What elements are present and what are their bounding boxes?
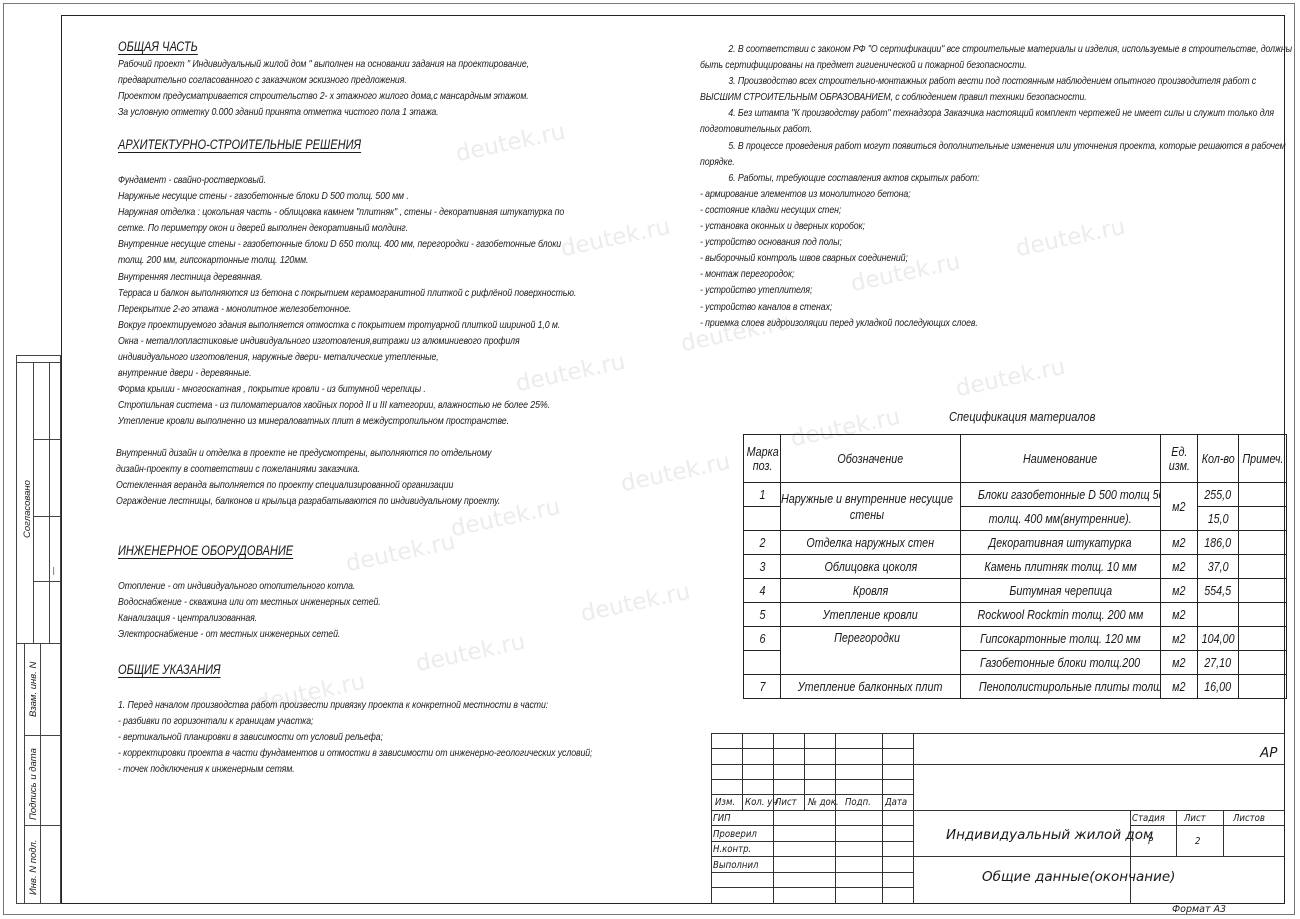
replaced-inv-label: Взам. инв. N <box>28 662 39 717</box>
text-line: Ограждение лестницы, балконов и крыльца … <box>116 494 500 510</box>
cell-note <box>1239 603 1287 627</box>
text-line: Внутренний дизайн и отделка в проекте не… <box>116 446 500 462</box>
cell-mark: 6 <box>744 627 781 651</box>
col-qty: Кол-во <box>1198 435 1239 483</box>
text-line: - устройство основания под полы; <box>700 235 1292 251</box>
text-line: Перекрытие 2-го этажа - монолитное желез… <box>118 302 576 318</box>
cell-mark: 2 <box>744 531 781 555</box>
general-text: Рабочий проект " Индивидуальный жилой до… <box>118 57 529 121</box>
spec-title: Спецификация материалов <box>949 409 1095 424</box>
cell-designation: Утепление балконных плит <box>781 675 961 699</box>
instructions-text: 1. Перед началом производства работ прои… <box>118 698 592 778</box>
cell-qty: 15,0 <box>1198 507 1239 531</box>
heading-instructions: ОБЩИЕ УКАЗАНИЯ <box>118 662 221 677</box>
text-line: Отопление - от индивидуального отопитель… <box>118 579 381 595</box>
binding-strip: Согласовано — Взам. инв. N Подпись и дат… <box>16 355 61 904</box>
spec-header-row: Маркапоз. Обозначение Наименование Ед.из… <box>744 435 1287 483</box>
text-line: внутренние двери - деревянные. <box>118 366 576 382</box>
text-line: Внутренняя лестница деревянная. <box>118 270 576 286</box>
table-row: 4КровляБитумная черепицам2554,5 <box>744 579 1287 603</box>
text-line: - точек подключения к инженерным сетям. <box>118 762 592 778</box>
cell-unit: м2 <box>1161 483 1198 531</box>
architecture-text-2: Внутренний дизайн и отделка в проекте не… <box>116 446 500 510</box>
text-line: толщ. 200 мм, гипсокартонные толщ. 120мм… <box>118 253 576 269</box>
cell-unit: м2 <box>1161 651 1198 675</box>
cell-note <box>1239 483 1287 507</box>
cell-qty: 16,00 <box>1198 675 1239 699</box>
cell-mark: 4 <box>744 579 781 603</box>
cell-qty: 104,00 <box>1198 627 1239 651</box>
text-line: Рабочий проект " Индивидуальный жилой до… <box>118 57 529 73</box>
text-line: - армирование элементов из монолитного б… <box>700 187 1292 203</box>
inv-orig-label: Инв. N подл. <box>28 839 39 895</box>
project-name: Индивидуальный жилой дом <box>946 827 1153 843</box>
role-gip: ГИП <box>713 813 731 824</box>
text-line: Наружные несущие стены - газобетонные бл… <box>118 189 576 205</box>
format-label: Формат А3 <box>1172 904 1226 915</box>
cell-unit: м2 <box>1161 627 1198 651</box>
cell-unit: м2 <box>1161 675 1198 699</box>
cell-qty: 255,0 <box>1198 483 1239 507</box>
cell-mark: 7 <box>744 675 781 699</box>
col-change: Изм. <box>715 797 735 808</box>
signature-date-label: Подпись и дата <box>28 748 39 820</box>
cell-note <box>1239 531 1287 555</box>
architecture-text: Фундамент - свайно-ростверковый.Наружные… <box>118 173 576 431</box>
cell-note <box>1239 675 1287 699</box>
text-line: 1. Перед началом производства работ прои… <box>118 698 592 714</box>
cell-note <box>1239 579 1287 603</box>
title-block: Изм. Кол. уч Лист № док. Подп. Дата ГИП … <box>711 733 1285 904</box>
sheets-label: Листов <box>1233 813 1265 824</box>
cell-qty: 186,0 <box>1198 531 1239 555</box>
cell-designation: Облицовка цоколя <box>781 555 961 579</box>
text-line: Наружная отделка : цокольная часть - обл… <box>118 205 576 221</box>
text-line: Вокруг проектируемого здания выполняется… <box>118 318 576 334</box>
text-line: - корректировки проекта в части фундамен… <box>118 746 592 762</box>
spec-table: Маркапоз. Обозначение Наименование Ед.из… <box>743 434 1287 699</box>
text-line: 5. В процессе проведения работ могут поя… <box>700 139 1292 155</box>
cell-name: Гипсокартонные толщ. 120 мм <box>961 627 1161 651</box>
cell-note <box>1239 555 1287 579</box>
role-performed: Выполнил <box>713 860 759 871</box>
table-row: 6ПерегородкиГипсокартонные толщ. 120 ммм… <box>744 627 1287 651</box>
cell-name: Блоки газобетонные D 500 толщ 500мм <box>961 483 1161 507</box>
text-line: Форма крыши - многоскатная , покрытие кр… <box>118 382 576 398</box>
cell-mark <box>744 507 781 531</box>
cell-mark <box>744 651 781 675</box>
cell-designation: Утепление кровли <box>781 603 961 627</box>
text-line: - установка оконных и дверных коробок; <box>700 219 1292 235</box>
col-count: Кол. уч <box>745 797 777 808</box>
cell-note <box>1239 507 1287 531</box>
text-line: - состояние кладки несущих стен; <box>700 203 1292 219</box>
text-line: порядке. <box>700 155 1292 171</box>
heading-engineering: ИНЖЕНЕРНОЕ ОБОРУДОВАНИЕ <box>118 543 293 558</box>
role-checked: Проверил <box>713 829 757 840</box>
cell-name: Газобетонные блоки толщ.200 <box>961 651 1161 675</box>
text-line: индивидуального изготовления, наружные д… <box>118 350 576 366</box>
text-line: Канализация - централизованная. <box>118 611 381 627</box>
text-line: подготовительных работ. <box>700 122 1292 138</box>
cell-designation: Наружные и внутренние несущие стены <box>781 483 961 531</box>
text-line: Водоснабжение - скважина или от местных … <box>118 595 381 611</box>
cell-name: Битумная черепица <box>961 579 1161 603</box>
text-line: - монтаж перегородок; <box>700 267 1292 283</box>
text-line: Терраса и балкон выполняются из бетона с… <box>118 286 576 302</box>
text-line: За условную отметку 0.000 зданий принята… <box>118 105 529 121</box>
role-norm-control: Н.контр. <box>713 844 751 855</box>
text-line: - устройство каналов в стенах; <box>700 300 1292 316</box>
cell-unit: м2 <box>1161 555 1198 579</box>
stage-label: Стадия <box>1132 813 1165 824</box>
table-row: 2Отделка наружных стенДекоративная штука… <box>744 531 1287 555</box>
text-line: предварительно согласованного с заказчик… <box>118 73 529 89</box>
cell-qty: 554,5 <box>1198 579 1239 603</box>
agreed-dash: — <box>49 567 58 575</box>
text-line: 3. Производство всех строительно-монтажн… <box>700 74 1292 90</box>
cell-note <box>1239 627 1287 651</box>
cell-note <box>1239 651 1287 675</box>
text-line: ВЫСШИМ СТРОИТЕЛЬНЫМ ОБРАЗОВАНИЕМ, с собл… <box>700 90 1292 106</box>
text-line: - выборочный контроль швов сварных соеди… <box>700 251 1292 267</box>
text-line: Проектом предусматривается строительство… <box>118 89 529 105</box>
text-line: - разбивки по горизонтали к границам уча… <box>118 714 592 730</box>
cell-mark: 3 <box>744 555 781 579</box>
cell-unit: м2 <box>1161 531 1198 555</box>
table-row: 5Утепление кровлиRockwool Rockmin толщ. … <box>744 603 1287 627</box>
sheet-value: 2 <box>1195 836 1200 847</box>
cell-mark: 1 <box>744 483 781 507</box>
cell-name: Пенополистирольные плиты толщ. 50 мм <box>961 675 1161 699</box>
cell-unit: м2 <box>1161 579 1198 603</box>
cell-mark: 5 <box>744 603 781 627</box>
text-line: Остекленная веранда выполняется по проек… <box>116 478 500 494</box>
cell-name: Rockwool Rockmin толщ. 200 мм <box>961 603 1161 627</box>
text-line: 4. Без штампа "К производству работ" тех… <box>700 106 1292 122</box>
col-designation: Обозначение <box>781 435 961 483</box>
stage-value: Р <box>1148 836 1153 847</box>
text-line: - приемка слоев гидроизоляции перед укла… <box>700 316 1292 332</box>
col-sheet: Лист <box>775 797 797 808</box>
cell-name: толщ. 400 мм(внутренние). <box>961 507 1161 531</box>
col-mark: Маркапоз. <box>744 435 781 483</box>
heading-architecture: АРХИТЕКТУРНО-СТРОИТЕЛЬНЫЕ РЕШЕНИЯ <box>118 137 361 152</box>
instructions-text-continued: 2. В соответствии с законом РФ "О сертиф… <box>700 42 1292 332</box>
engineering-text: Отопление - от индивидуального отопитель… <box>118 579 381 643</box>
sheet-label: Лист <box>1184 813 1206 824</box>
col-doc-number: № док. <box>808 797 839 808</box>
cell-name: Декоративная штукатурка <box>961 531 1161 555</box>
text-line: Стропильная система - из пиломатериалов … <box>118 398 576 414</box>
document-code: АР <box>1260 745 1277 761</box>
cell-name: Камень плитняк толщ. 10 мм <box>961 555 1161 579</box>
agreed-label: Согласовано <box>22 480 33 538</box>
text-line: 2. В соответствии с законом РФ "О сертиф… <box>700 42 1292 58</box>
table-row: 7Утепление балконных плитПенополистироль… <box>744 675 1287 699</box>
cell-unit: м2 <box>1161 603 1198 627</box>
sheet-title: Общие данные(окончание) <box>982 869 1175 885</box>
cell-qty <box>1198 603 1239 627</box>
text-line: сетке. По периметру окон и дверей выполн… <box>118 221 576 237</box>
table-row: 1Наружные и внутренние несущие стеныБлок… <box>744 483 1287 507</box>
col-unit: Ед.изм. <box>1161 435 1198 483</box>
cell-designation: Кровля <box>781 579 961 603</box>
col-signature: Подп. <box>845 797 871 808</box>
text-line: Фундамент - свайно-ростверковый. <box>118 173 576 189</box>
text-line: 6. Работы, требующие составления актов с… <box>700 171 1292 187</box>
cell-designation: Перегородки <box>781 627 961 675</box>
cell-designation: Отделка наружных стен <box>781 531 961 555</box>
text-line: - вертикальной планировки в зависимости … <box>118 730 592 746</box>
text-line: Окна - металлопластиковые индивидуальног… <box>118 334 576 350</box>
cell-qty: 27,10 <box>1198 651 1239 675</box>
text-line: быть сертифицированы на предмет гигиенич… <box>700 58 1292 74</box>
col-date: Дата <box>885 797 907 808</box>
text-line: дизайн-проекту в соответствии с пожелани… <box>116 462 500 478</box>
col-name: Наименование <box>961 435 1161 483</box>
col-note: Примеч. <box>1239 435 1287 483</box>
text-line: - устройство утеплителя; <box>700 283 1292 299</box>
text-line: Электроснабжение - от местных инженерных… <box>118 627 381 643</box>
text-line: Внутренние несущие стены - газобетонные … <box>118 237 576 253</box>
heading-general: ОБЩАЯ ЧАСТЬ <box>118 39 198 54</box>
cell-qty: 37,0 <box>1198 555 1239 579</box>
table-row: 3Облицовка цоколяКамень плитняк толщ. 10… <box>744 555 1287 579</box>
text-line: Утепление кровли выполненно из минералов… <box>118 414 576 430</box>
